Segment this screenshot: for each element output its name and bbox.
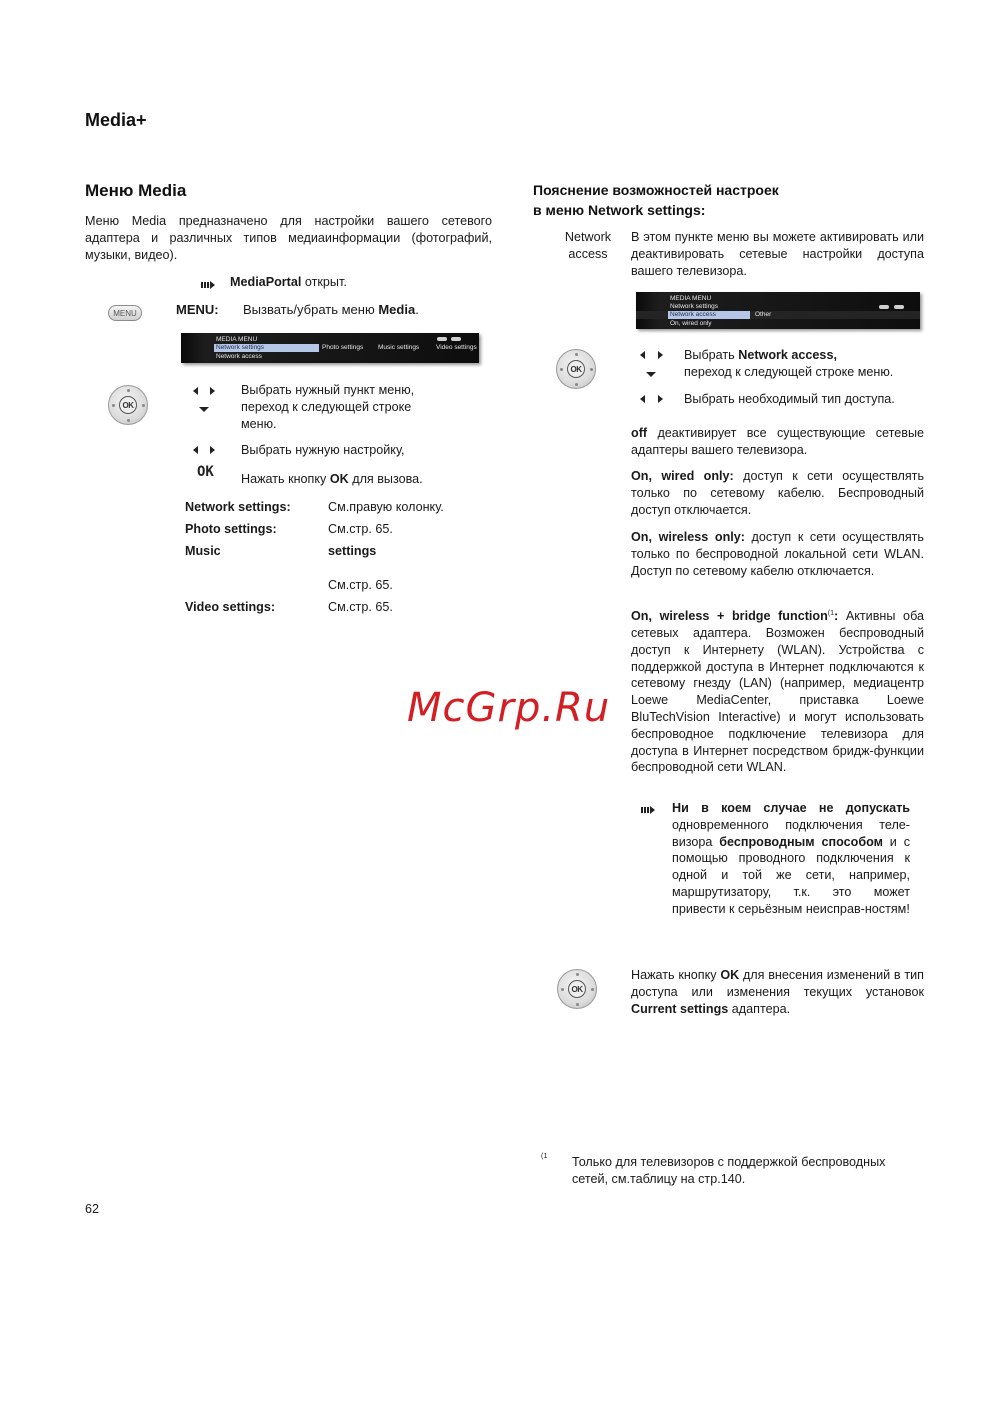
tv-menu-selected-label: Network settings — [216, 344, 264, 351]
right-nav-step1-line: Выбрать Network access, — [684, 347, 929, 364]
settings-label: Music — [185, 544, 221, 558]
arrow-down-icon — [646, 372, 656, 377]
settings-value: settings — [328, 544, 376, 558]
right-heading-line: в меню Network settings: — [533, 200, 779, 220]
watermark: McGrp.Ru — [407, 685, 610, 731]
confirm-post: адаптера. — [728, 1002, 790, 1016]
arrow-right-icon — [658, 395, 663, 403]
right-nav-step1-bold: Network access, — [738, 348, 837, 362]
tv-menu-title: MEDIA MENU — [216, 336, 257, 343]
footnote-text: Только для телевизоров с поддержкой бесп… — [572, 1154, 922, 1188]
ok-icon: OK — [568, 980, 586, 998]
settings-label: Network settings: — [185, 500, 291, 514]
nav-pad-icon: OK — [556, 349, 596, 389]
warning-note: Ни в коем случае не допускать одновремен… — [672, 800, 910, 918]
menu-key-desc: Вызвать/убрать меню Media. — [243, 302, 419, 317]
settings-label: Video settings: — [185, 600, 275, 614]
tv-menu-indicator — [437, 337, 447, 341]
menu-key-tail: . — [415, 302, 419, 317]
option-wireless-bridge: On, wireless + bridge function(1: Активн… — [631, 606, 924, 776]
nav-step1-line: меню. — [241, 416, 481, 433]
right-nav-step1: Выбрать Network access, переход к следую… — [684, 347, 929, 381]
menu-key-bold: Media — [378, 302, 415, 317]
nav-step3: Нажать кнопку OK для вызова. — [241, 472, 423, 486]
nav-step3-pre: Нажать кнопку — [241, 472, 330, 486]
option-name: On, wireless + bridge function — [631, 609, 828, 623]
item-label: Network access — [558, 229, 618, 263]
hint-arrow-icon — [641, 806, 657, 814]
nav-step1-line: Выбрать нужный пункт меню, — [241, 382, 481, 399]
settings-value: См.стр. 65. — [328, 600, 393, 614]
tv-menu-screenshot-left: MEDIA MENU Network settings Photo settin… — [181, 333, 479, 363]
option-name: On, wired only: — [631, 469, 734, 483]
warning-bold: беспроводным способом — [719, 835, 883, 849]
settings-value: См.стр. 65. — [328, 522, 393, 536]
tv-menu-indicator — [451, 337, 461, 341]
right-heading-line: Пояснение возможностей настроек — [533, 180, 779, 200]
page-number: 62 — [85, 1202, 99, 1216]
arrow-left-icon — [193, 387, 198, 395]
footnote-marker: (1 — [541, 1153, 547, 1160]
menu-key-label: MENU: — [176, 302, 219, 317]
tv-menu-selected: Network access — [668, 311, 750, 319]
tv-menu-selected-label: Network access — [670, 311, 716, 318]
tv-menu-row: On, wired only — [670, 320, 712, 327]
precondition-rest: открыт. — [301, 275, 346, 289]
option-name: On, wireless only: — [631, 530, 745, 544]
confirm-bold: Current settings — [631, 1002, 728, 1016]
nav-step3-bold: OK — [330, 472, 349, 486]
tv-menu-screenshot-right: MEDIA MENU Network settings Network acce… — [636, 292, 920, 329]
confirm-bold: OK — [720, 968, 739, 982]
right-nav-step1-pre: Выбрать — [684, 348, 738, 362]
hint-arrow-icon — [201, 281, 217, 289]
arrow-right-icon — [210, 387, 215, 395]
item-desc: В этом пункте меню вы можете активироват… — [631, 229, 924, 279]
left-heading: Меню Media — [85, 181, 186, 201]
tv-menu-row: Network settings — [670, 303, 718, 310]
arrow-left-icon — [193, 446, 198, 454]
settings-label: Photo settings: — [185, 522, 277, 536]
tv-menu-tab: Video settings — [436, 344, 477, 352]
settings-value: См.стр. 65. — [328, 578, 393, 592]
option-wireless-only: On, wireless only: доступ к сети осущест… — [631, 529, 924, 579]
ok-key-label: OK — [197, 464, 214, 480]
tv-menu-tab: Photo settings — [322, 344, 363, 352]
tv-menu-row: Network access — [216, 353, 262, 360]
tv-menu-title: MEDIA MENU — [670, 295, 711, 302]
arrow-down-icon — [199, 407, 209, 412]
arrow-left-icon — [640, 351, 645, 359]
option-desc: Активны оба сетевых адаптера. Возможен б… — [631, 609, 924, 774]
arrow-left-icon — [640, 395, 645, 403]
right-nav-step1-line: переход к следующей строке меню. — [684, 364, 929, 381]
menu-button-icon: MENU — [108, 305, 142, 321]
nav-pad-icon: OK — [557, 969, 597, 1009]
left-intro: Меню Media предназначено для настройки в… — [85, 213, 492, 263]
nav-step1: Выбрать нужный пункт меню, переход к сле… — [241, 382, 481, 433]
tv-menu-selected: Network settings — [214, 344, 319, 352]
nav-pad-icon: OK — [108, 385, 148, 425]
ok-icon: OK — [567, 360, 585, 378]
tv-menu-indicator — [879, 305, 889, 309]
precondition-bold: MediaPortal — [230, 275, 301, 289]
tv-menu-tab: Music settings — [378, 344, 419, 352]
menu-key-text: Вызвать/убрать меню — [243, 302, 378, 317]
right-heading: Пояснение возможностей настроек в меню N… — [533, 180, 779, 220]
nav-step1-line: переход к следующей строке — [241, 399, 481, 416]
right-nav-step2: Выбрать необходимый тип доступа. — [684, 392, 895, 406]
confirm-pre: Нажать кнопку — [631, 968, 720, 982]
ok-icon: OK — [119, 396, 137, 414]
option-off: off деактивирует все существующие сетевы… — [631, 425, 924, 459]
warning-bold: Ни в коем случае не допускать — [672, 801, 910, 815]
tv-menu-option: Other — [755, 311, 771, 319]
option-name: off — [631, 426, 647, 440]
item-label-line: Network — [558, 229, 618, 246]
nav-step2: Выбрать нужную настройку, — [241, 443, 405, 457]
nav-step3-post: для вызова. — [349, 472, 423, 486]
section-title: Media+ — [85, 110, 147, 131]
option-desc: деактивирует все существующие сетевые ад… — [631, 426, 924, 457]
settings-value: См.правую колонку. — [328, 500, 444, 514]
item-label-line: access — [558, 246, 618, 263]
tv-menu-indicator — [894, 305, 904, 309]
precondition-text: MediaPortal открыт. — [230, 275, 347, 289]
arrow-right-icon — [210, 446, 215, 454]
option-wired-only: On, wired only: доступ к сети осуществля… — [631, 468, 924, 518]
arrow-right-icon — [658, 351, 663, 359]
confirm-text: Нажать кнопку OK для внесения изменений … — [631, 967, 924, 1017]
